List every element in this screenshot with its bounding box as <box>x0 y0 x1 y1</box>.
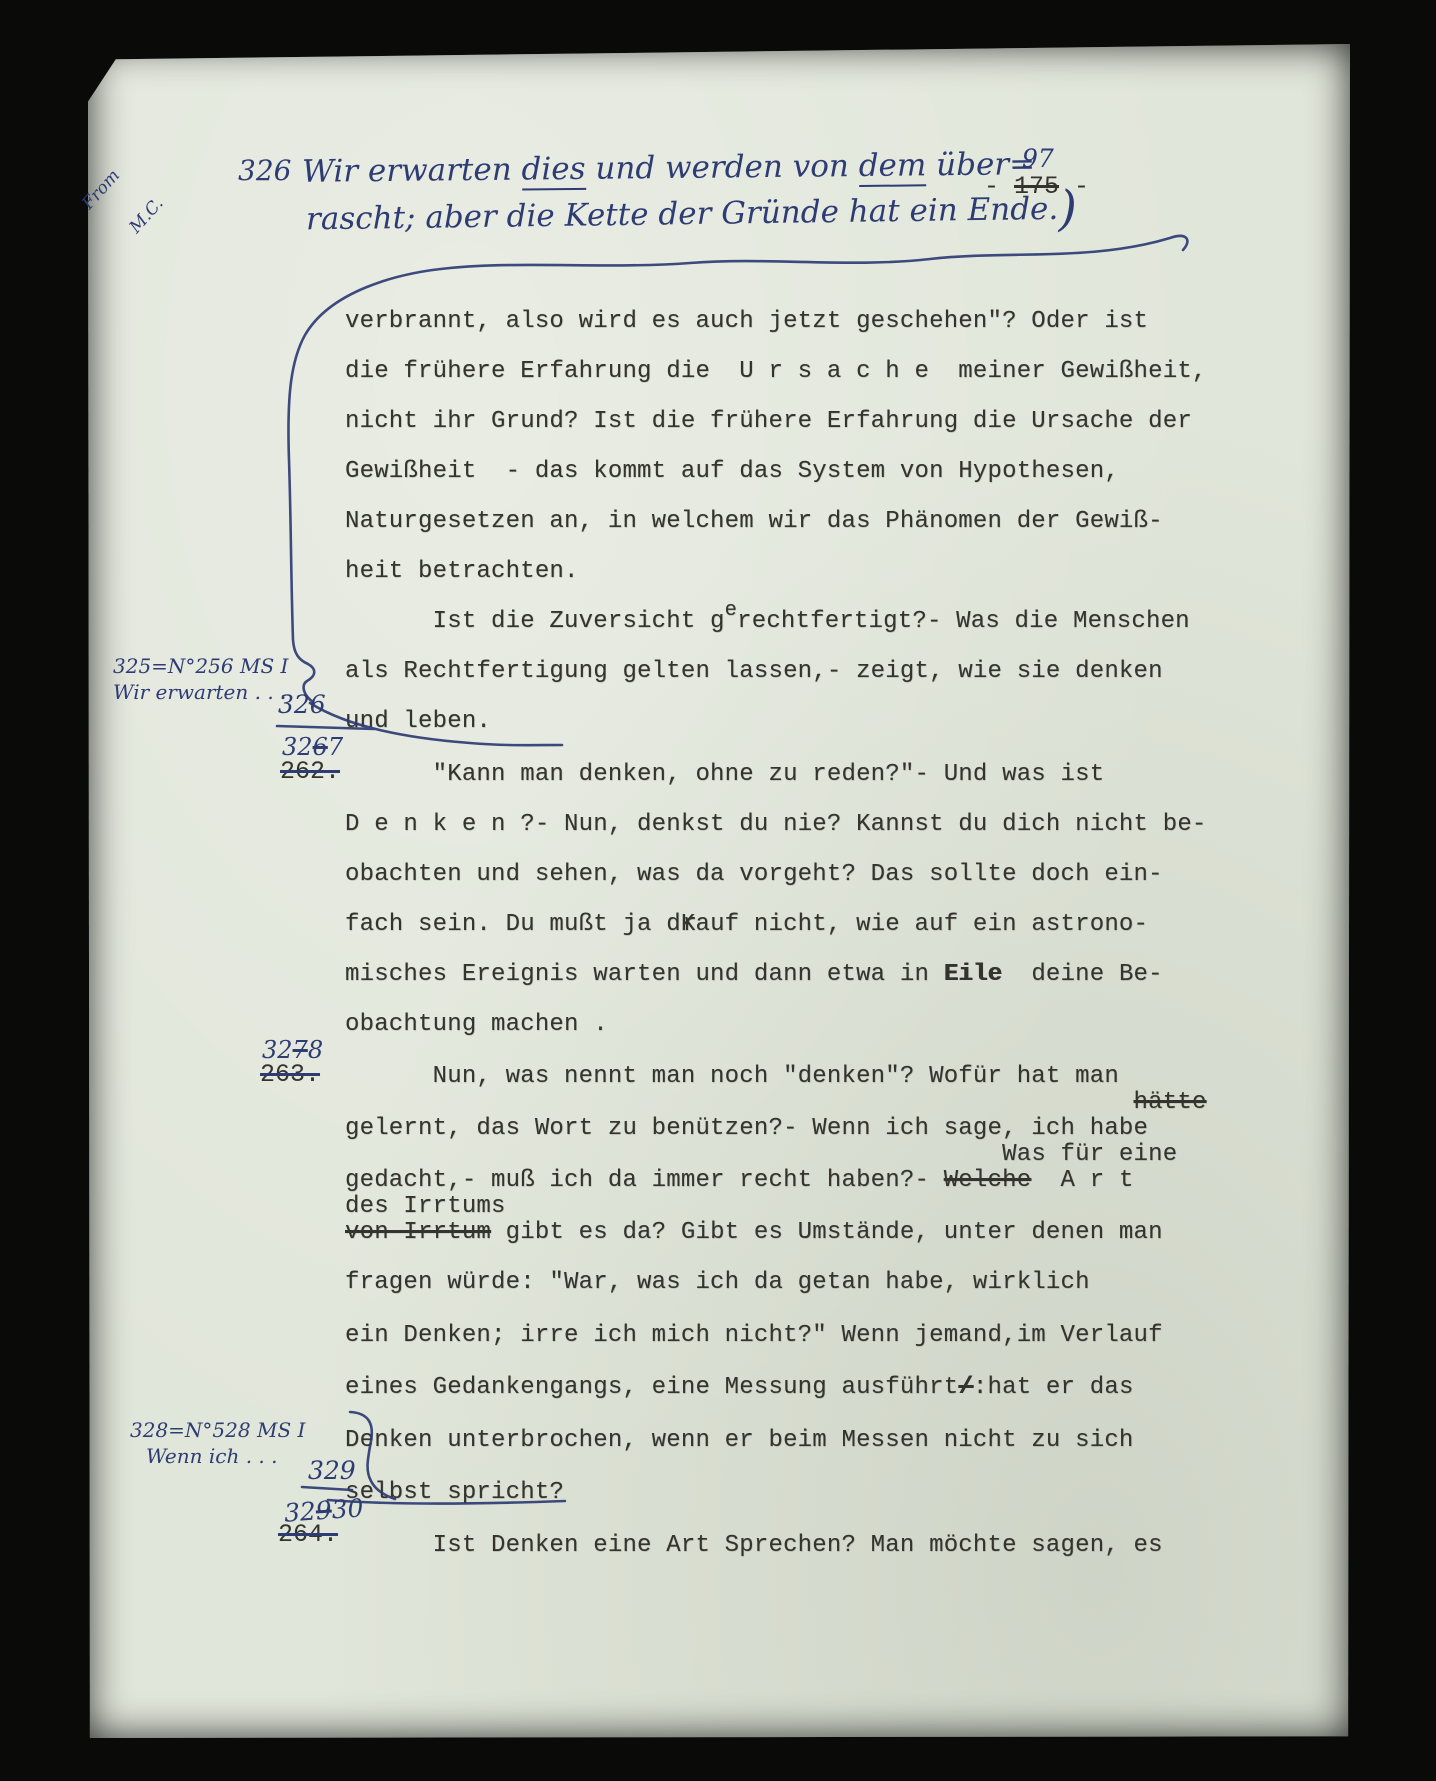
typescript-line: Nun, was nennt man noch "denken"? Wofür … <box>345 1063 1119 1090</box>
corner-note-line: From <box>80 161 129 213</box>
margin-note-325: 325=N°256 MS I <box>113 654 288 678</box>
typescript-line: gelernt, das Wort zu benützen?- Wenn ich… <box>345 1115 1148 1142</box>
margin-note-328: 328=N°528 MS I <box>130 1418 305 1442</box>
typescript-line: Denken unterbrochen, wenn er beim Messen… <box>345 1427 1134 1454</box>
scan-background: verbrannt, also wird es auch jetzt gesch… <box>0 0 1436 1781</box>
typescript-line: D e n k e n ?- Nun, denkst du nie? Kanns… <box>345 811 1207 838</box>
typescript-line: heit betrachten. <box>345 558 579 585</box>
typescript-line: Was für eine <box>345 1141 1177 1168</box>
annotation-section-number: 326 <box>238 154 291 187</box>
typescript-line: selbst spricht? <box>345 1479 564 1506</box>
typescript-line: fragen würde: "War, was ich da getan hab… <box>345 1269 1090 1296</box>
typescript-line: von Irrtum gibt es da? Gibt es Umstände,… <box>345 1219 1163 1246</box>
margin-typed-264-struck: 264. <box>278 1520 338 1549</box>
annotation-text-line: Wir erwarten dies und werden von dem übe… <box>302 146 1035 190</box>
page-number-typed: - 175 - <box>984 172 1089 201</box>
typescript-line: gedacht,- muß ich da immer recht haben?-… <box>345 1167 1134 1194</box>
typescript-line: misches Ereignis warten und dann etwa in… <box>345 961 1163 988</box>
typescript-line: obachten und sehen, was da vorgeht? Das … <box>345 861 1163 888</box>
typescript-line: Naturgesetzen an, in welchem wir das Phä… <box>345 508 1163 535</box>
typescript-line: fach sein. Du mußt ja dKrauf nicht, wie … <box>345 911 1148 938</box>
typescript-body: verbrannt, also wird es auch jetzt gesch… <box>345 308 1305 1568</box>
corner-note-line: M.C. <box>118 195 167 247</box>
typescript-line: und leben. <box>345 708 491 735</box>
typescript-line: verbrannt, also wird es auch jetzt gesch… <box>345 308 1148 335</box>
margin-typed-262-struck: 262. <box>280 757 340 786</box>
typescript-line: ein Denken; irre ich mich nicht?" Wenn j… <box>345 1322 1163 1349</box>
typescript-line: Ist Denken eine Art Sprechen? Man möchte… <box>345 1532 1163 1559</box>
typescript-line: Gewißheit - das kommt auf das System von… <box>345 458 1119 485</box>
page-number-handwritten: 97 <box>1022 144 1054 173</box>
margin-section-number-329: 329 <box>308 1456 356 1485</box>
typescript-line: obachtung machen . <box>345 1011 608 1038</box>
margin-typed-263-struck: 263. <box>260 1060 320 1089</box>
typescript-line: nicht ihr Grund? Ist die frühere Erfahru… <box>345 408 1192 435</box>
typescript-line: des Irrtums <box>345 1193 506 1220</box>
margin-note-325-cue: Wir erwarten . . . <box>113 680 286 704</box>
typescript-line: hätte <box>345 1089 1207 1116</box>
margin-section-number-326: 326 <box>278 690 326 719</box>
typescript-line: als Rechtfertigung gelten lassen,- zeigt… <box>345 658 1163 685</box>
typescript-line: Ist die Zuversicht gerechtfertigt?- Was … <box>345 608 1190 635</box>
margin-note-328-cue: Wenn ich . . . <box>146 1444 278 1468</box>
typescript-line: die frühere Erfahrung die U r s a c h e … <box>345 358 1207 385</box>
typescript-line: eines Gedankengangs, eine Messung ausfüh… <box>345 1374 1134 1401</box>
typescript-line: "Kann man denken, ohne zu reden?"- Und w… <box>345 761 1104 788</box>
